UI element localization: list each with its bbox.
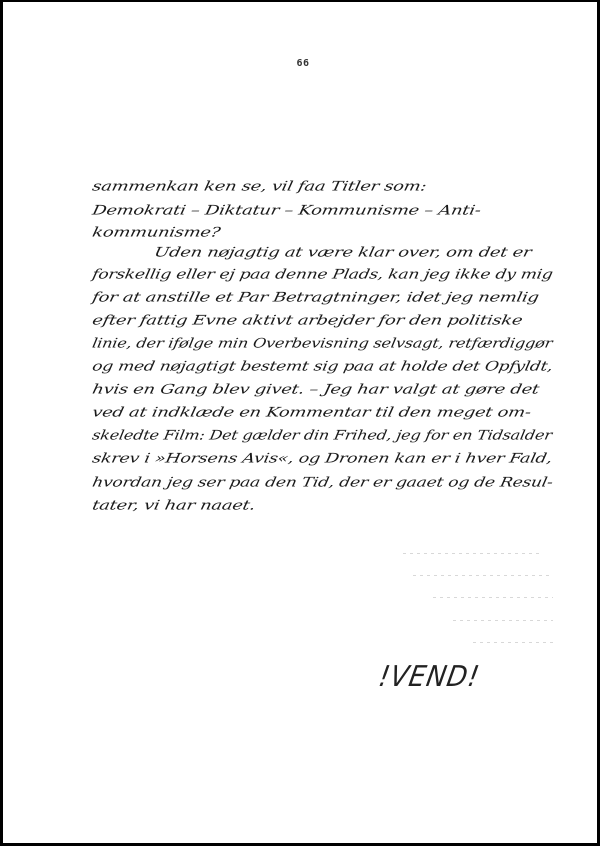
handwritten-line: skrev i »Horsens Avis«, og Dronen kan er… — [91, 451, 553, 466]
faint-rule-line — [413, 575, 553, 576]
vend-annotation: !VEND! — [376, 661, 482, 694]
faint-rule-line — [453, 620, 553, 621]
handwritten-line: skeledte Film: Det gælder din Frihed, je… — [91, 428, 553, 443]
faint-rule-line — [473, 642, 553, 643]
faint-rule-line — [433, 597, 553, 598]
handwritten-line: linie, der ifølge min Overbevisning selv… — [91, 336, 554, 351]
handwritten-line: forskellig eller ej paa denne Plads, kan… — [91, 267, 554, 282]
handwritten-line: hvordan jeg ser paa den Tid, der er gaae… — [91, 475, 554, 490]
handwritten-line: efter fattig Evne aktivt arbejder for de… — [91, 313, 524, 328]
document-page: 66 sammenkan ken se, vil faa Titler som:… — [0, 0, 600, 846]
handwritten-line: tater, vi har naaet. — [91, 498, 257, 513]
handwritten-line: sammenkan ken se, vil faa Titler som: — [91, 179, 428, 194]
handwritten-line: for at anstille et Par Betragtninger, id… — [91, 290, 540, 305]
handwritten-line: hvis en Gang blev givet. – Jeg har valgt… — [91, 382, 541, 397]
handwritten-line: Uden nøjagtig at være klar over, om det … — [153, 245, 533, 260]
handwritten-line: og med nøjagtigt bestemt sig paa at hold… — [91, 359, 554, 374]
page-number: 66 — [3, 58, 600, 69]
handwritten-line: ved at indklæde en Kommentar til den meg… — [91, 405, 532, 420]
handwritten-line: Demokrati – Diktatur – Kommunisme – Anti… — [91, 203, 482, 218]
handwritten-line: kommunisme? — [91, 225, 222, 240]
faint-rule-line — [403, 553, 543, 554]
